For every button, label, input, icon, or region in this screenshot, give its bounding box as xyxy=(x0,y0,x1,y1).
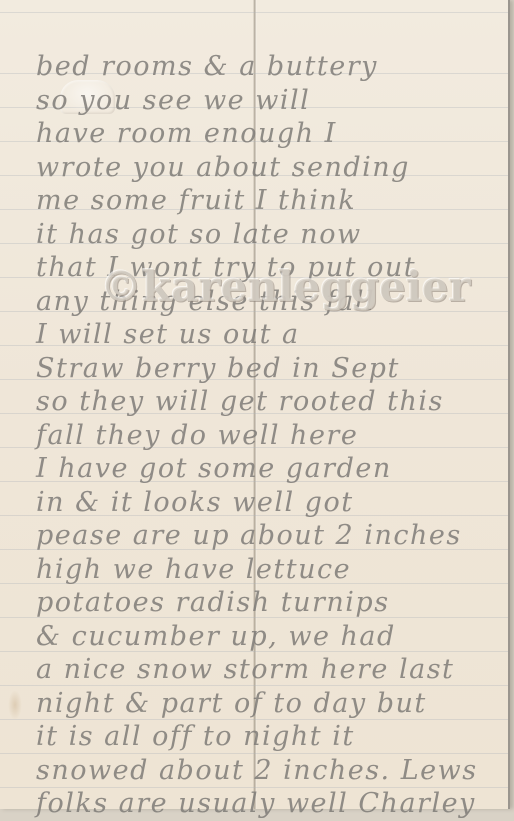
text-line: night & part of to day but xyxy=(36,687,506,721)
handwritten-text: bed rooms & a buttery so you see we will… xyxy=(36,50,506,809)
text-line: wrote you about sending xyxy=(36,151,506,185)
text-line: pease are up about 2 inches xyxy=(36,519,506,553)
text-line: bed rooms & a buttery xyxy=(36,50,506,84)
letter-page: bed rooms & a buttery so you see we will… xyxy=(0,0,510,809)
text-line: fall they do well here xyxy=(36,419,506,453)
text-line: high we have lettuce xyxy=(36,553,506,587)
paper-stain xyxy=(8,690,22,720)
text-line: it is all off to night it xyxy=(36,720,506,754)
text-line: have room enough I xyxy=(36,117,506,151)
text-line: so you see we will xyxy=(36,84,506,118)
text-line: folks are usualy well Charley xyxy=(36,787,506,809)
text-line: it has got so late now xyxy=(36,218,506,252)
text-line: a nice snow storm here last xyxy=(36,653,506,687)
text-line: in & it looks well got xyxy=(36,486,506,520)
text-line: I will set us out a xyxy=(36,318,506,352)
text-line: me some fruit I think xyxy=(36,184,506,218)
text-line: potatoes radish turnips xyxy=(36,586,506,620)
text-line: Straw berry bed in Sept xyxy=(36,352,506,386)
text-line: I have got some garden xyxy=(36,452,506,486)
text-line: snowed about 2 inches. Lews xyxy=(36,754,506,788)
text-line: & cucumber up, we had xyxy=(36,620,506,654)
copyright-watermark: ©karenleggeier xyxy=(100,262,471,311)
text-line: so they will get rooted this xyxy=(36,385,506,419)
